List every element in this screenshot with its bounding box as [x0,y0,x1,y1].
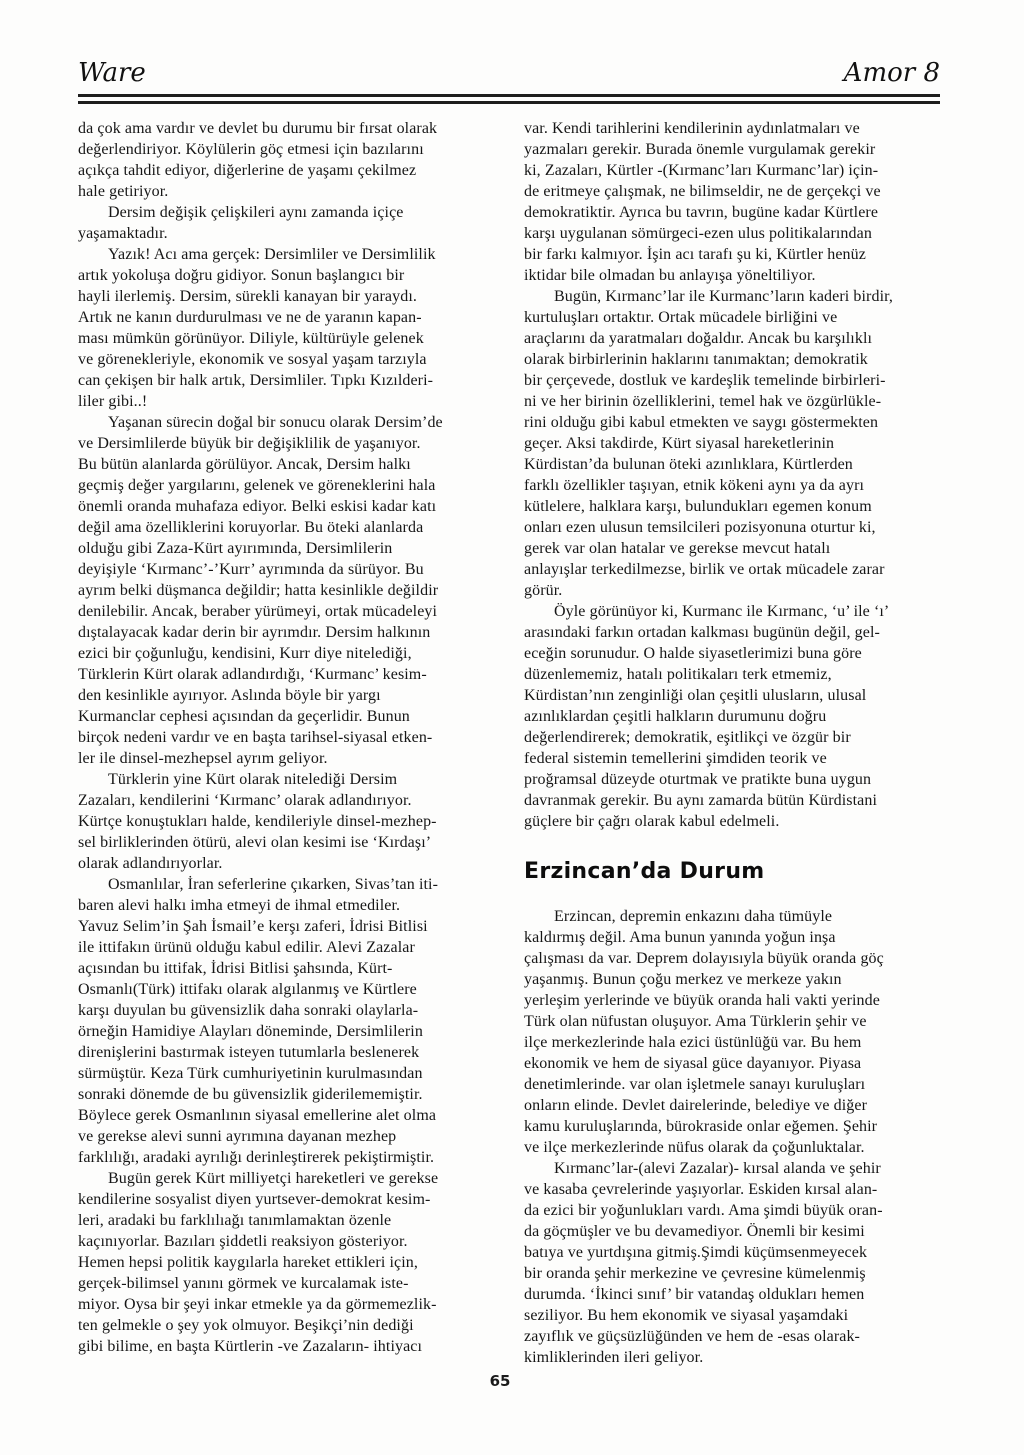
section-heading: Erzincan’da Durum [524,859,940,884]
document-page: Ware Amor 8 da çok ama vardır ve devlet … [0,0,1024,1455]
header-issue-title: Amor 8 [844,58,940,88]
paragraph: Türklerin yine Kürt olarak nitelediği De… [78,769,494,874]
right-column: var. Kendi tarihlerini kendilerinin aydı… [524,118,940,1368]
page-footer: 65 [0,1372,1000,1390]
paragraph: Dersim değişik çelişkileri aynı zamanda … [78,202,494,244]
left-column: da çok ama vardır ve devlet bu durumu bi… [78,118,494,1368]
page-header: Ware Amor 8 [78,58,940,88]
page-number: 65 [490,1372,511,1390]
paragraph: Yaşanan sürecin doğal bir sonucu olarak … [78,412,494,769]
paragraph: Osmanlılar, İran seferlerine çıkarken, S… [78,874,494,1168]
paragraph: Kırmanc’lar-(alevi Zazalar)- kırsal alan… [524,1158,940,1368]
paragraph: Yazık! Acı ama gerçek: Dersimliler ve De… [78,244,494,412]
paragraph: Öyle görünüyor ki, Kurmanc ile Kırmanc, … [524,601,940,832]
paragraph: da çok ama vardır ve devlet bu durumu bi… [78,118,494,202]
paragraph: Bugün, Kırmanc’lar ile Kurmanc’ların kad… [524,286,940,601]
header-publication-title: Ware [78,58,146,88]
paragraph: var. Kendi tarihlerini kendilerinin aydı… [524,118,940,286]
paragraph: Erzincan, depremin enkazını daha tümüyle… [524,906,940,1158]
paragraph: Bugün gerek Kürt milliyetçi hareketleri … [78,1168,494,1357]
header-double-rule [78,94,940,104]
two-column-body: da çok ama vardır ve devlet bu durumu bi… [78,118,940,1368]
